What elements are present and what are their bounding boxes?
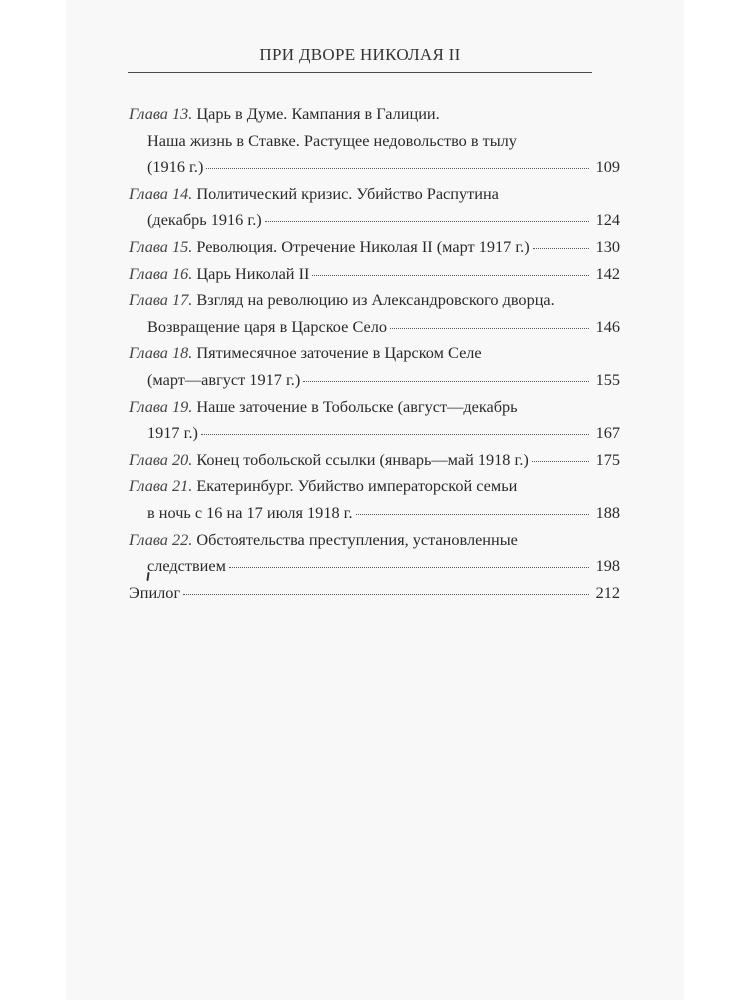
page-number: 146 (592, 314, 620, 341)
page-number: 212 (592, 580, 620, 607)
chapter-title: в ночь с 16 на 17 июля 1918 г. (147, 500, 353, 527)
chapter-title: (1916 г.) (147, 154, 203, 181)
page-number: 167 (592, 420, 620, 447)
page-number: 188 (592, 500, 620, 527)
chapter-label: Глава 20. (129, 447, 192, 474)
toc-line: Эпилог212 (129, 580, 620, 607)
chapter-label: Глава 22. (129, 527, 192, 554)
chapter-title: Возвращение царя в Царское Село (147, 314, 387, 341)
toc-line: Глава 16.Царь Николай II142 (129, 261, 620, 288)
dot-leader (312, 275, 589, 276)
dot-leader (206, 168, 589, 169)
toc-entry[interactable]: Эпилог212 (129, 580, 620, 607)
toc-line: (1916 г.)109 (129, 154, 620, 181)
chapter-title: Наша жизнь в Ставке. Растущее недовольст… (147, 128, 517, 155)
dot-leader (265, 221, 589, 222)
toc-entry[interactable]: Глава 14.Политический кризис. Убийство Р… (129, 181, 620, 234)
chapter-title: 1917 г.) (147, 420, 198, 447)
dot-leader (532, 461, 589, 462)
toc-line: Глава 17.Взгляд на революцию из Александ… (129, 287, 620, 314)
chapter-title: Обстоятельства преступления, установленн… (196, 527, 518, 554)
toc-entry[interactable]: Глава 21.Екатеринбург. Убийство императо… (129, 473, 620, 526)
toc-entry[interactable]: Глава 20.Конец тобольской ссылки (январь… (129, 447, 620, 474)
toc-line: Глава 20.Конец тобольской ссылки (январь… (129, 447, 620, 474)
chapter-title: Политический кризис. Убийство Распутина (196, 181, 499, 208)
page-number: 198 (592, 553, 620, 580)
chapter-title: Царь в Думе. Кампания в Галиции. (196, 101, 439, 128)
chapter-title: (март—август 1917 г.) (147, 367, 300, 394)
toc-line: Глава 22.Обстоятельства преступления, ус… (129, 527, 620, 554)
page-number: 142 (592, 261, 620, 288)
page-number: 175 (592, 447, 620, 474)
toc-entry[interactable]: Глава 13.Царь в Думе. Кампания в Галиции… (129, 101, 620, 181)
chapter-title: Наше заточение в Тобольске (август—декаб… (196, 394, 517, 421)
toc-entry[interactable]: Глава 18.Пятимесячное заточение в Царско… (129, 340, 620, 393)
header-rule (128, 72, 592, 73)
dot-leader (303, 381, 589, 382)
toc-line: Глава 14.Политический кризис. Убийство Р… (129, 181, 620, 208)
table-of-contents: Глава 13.Царь в Думе. Кампания в Галиции… (129, 101, 620, 606)
chapter-title: Екатеринбург. Убийство императорской сем… (196, 473, 517, 500)
chapter-title: Эпилог (129, 580, 180, 607)
toc-line: Возвращение царя в Царское Село146 (129, 314, 620, 341)
chapter-label: Глава 15. (129, 234, 192, 261)
chapter-label: Глава 14. (129, 181, 192, 208)
toc-line: (март—август 1917 г.)155 (129, 367, 620, 394)
page-number: 109 (592, 154, 620, 181)
dot-leader (390, 328, 589, 329)
chapter-label: Глава 16. (129, 261, 192, 288)
dot-leader (229, 567, 589, 568)
chapter-title: (декабрь 1916 г.) (147, 207, 262, 234)
chapter-title: Взгляд на революцию из Александровского … (196, 287, 554, 314)
chapter-label: Глава 21. (129, 473, 192, 500)
toc-entry[interactable]: Глава 17.Взгляд на революцию из Александ… (129, 287, 620, 340)
chapter-title: Конец тобольской ссылки (январь—май 1918… (196, 447, 529, 474)
toc-line: Глава 21.Екатеринбург. Убийство императо… (129, 473, 620, 500)
chapter-title: Пятимесячное заточение в Царском Селе (196, 340, 481, 367)
toc-line: 1917 г.)167 (129, 420, 620, 447)
toc-line: Глава 19.Наше заточение в Тобольске (авг… (129, 394, 620, 421)
toc-line: Глава 13.Царь в Думе. Кампания в Галиции… (129, 101, 620, 128)
toc-entry[interactable]: Глава 22.Обстоятельства преступления, ус… (129, 527, 620, 580)
chapter-title: следствием (147, 553, 226, 580)
chapter-label: Глава 18. (129, 340, 192, 367)
toc-entry[interactable]: Глава 15.Революция. Отречение Николая II… (129, 234, 620, 261)
toc-line: в ночь с 16 на 17 июля 1918 г.188 (129, 500, 620, 527)
toc-entry[interactable]: Глава 19.Наше заточение в Тобольске (авг… (129, 394, 620, 447)
page-number: 155 (592, 367, 620, 394)
dot-leader (533, 248, 589, 249)
dot-leader (183, 594, 589, 595)
chapter-label: Глава 17. (129, 287, 192, 314)
chapter-title: Революция. Отречение Николая II (март 19… (196, 234, 529, 261)
toc-entry[interactable]: Глава 16.Царь Николай II142 (129, 261, 620, 288)
chapter-title: Царь Николай II (196, 261, 309, 288)
page-number: 124 (592, 207, 620, 234)
page-number: 130 (592, 234, 620, 261)
toc-line: Глава 15.Революция. Отречение Николая II… (129, 234, 620, 261)
dot-leader (201, 434, 589, 435)
chapter-label: Глава 13. (129, 101, 192, 128)
running-title: ПРИ ДВОРЕ НИКОЛАЯ II (128, 45, 592, 65)
dot-leader (356, 514, 589, 515)
chapter-label: Глава 19. (129, 394, 192, 421)
toc-line: (декабрь 1916 г.)124 (129, 207, 620, 234)
toc-line: Глава 18.Пятимесячное заточение в Царско… (129, 340, 620, 367)
toc-line: следствием198 (129, 553, 620, 580)
toc-line: Наша жизнь в Ставке. Растущее недовольст… (129, 128, 620, 155)
